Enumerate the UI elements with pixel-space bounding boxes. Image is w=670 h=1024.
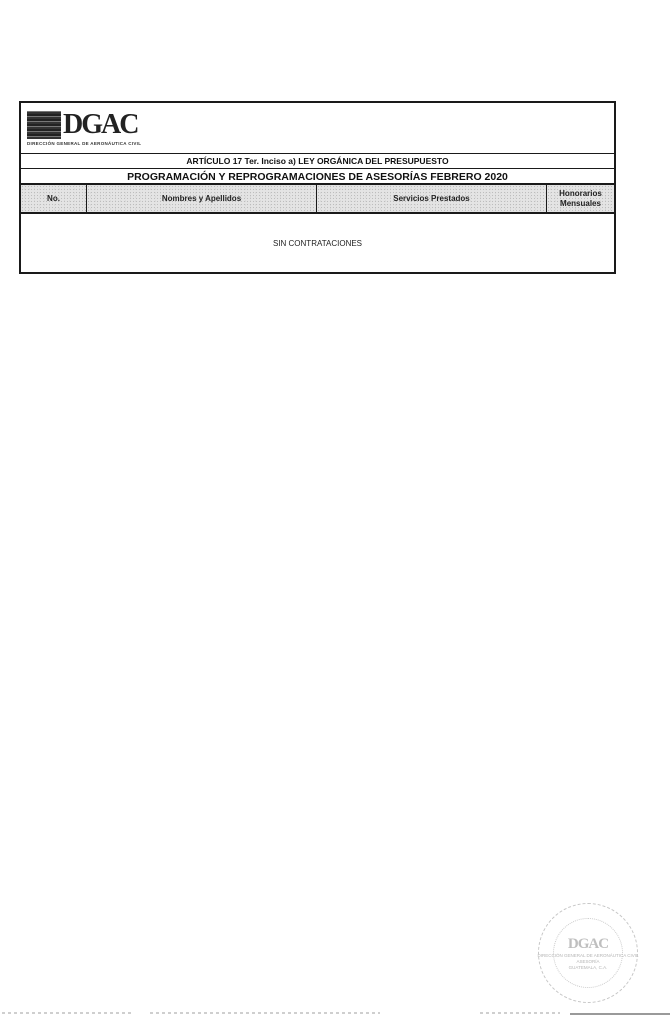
empty-message: SIN CONTRATACIONES xyxy=(21,214,614,272)
column-header-names: Nombres y Apellidos xyxy=(87,185,317,212)
document-table: DGAC DIRECCIÓN GENERAL DE AERONÁUTICA CI… xyxy=(19,101,616,274)
column-header-services: Servicios Prestados xyxy=(317,185,547,212)
column-header-fees: Honorarios Mensuales xyxy=(547,185,614,212)
official-stamp: DGAC DIRECCIÓN GENERAL DE AERONÁUTICA CI… xyxy=(538,903,638,1003)
column-header-no: No. xyxy=(21,185,87,212)
logo-subtitle: DIRECCIÓN GENERAL DE AERONÁUTICA CIVIL xyxy=(27,141,167,146)
logo-row: DGAC DIRECCIÓN GENERAL DE AERONÁUTICA CI… xyxy=(21,103,614,154)
document-title: PROGRAMACIÓN Y REPROGRAMACIONES DE ASESO… xyxy=(21,169,614,185)
stamp-logo: DGAC xyxy=(568,936,608,953)
dgac-logo: DGAC DIRECCIÓN GENERAL DE AERONÁUTICA CI… xyxy=(27,109,167,149)
stamp-line-3: GUATEMALA, C.A. xyxy=(569,965,608,971)
article-reference: ARTÍCULO 17 Ter. Inciso a) LEY ORGÁNICA … xyxy=(21,154,614,169)
logo-emblem-icon xyxy=(27,111,61,139)
logo-text: DGAC xyxy=(63,111,137,139)
table-header: No. Nombres y Apellidos Servicios Presta… xyxy=(21,185,614,214)
scan-edge-line xyxy=(570,1013,670,1015)
